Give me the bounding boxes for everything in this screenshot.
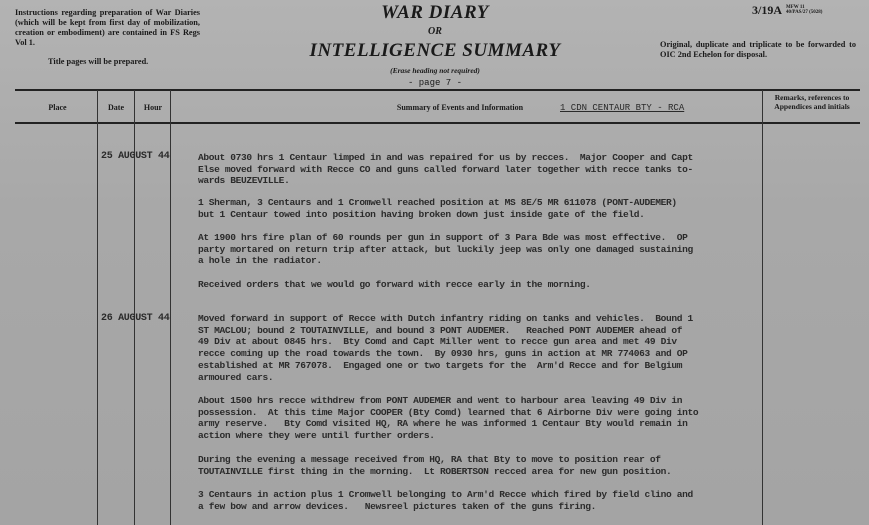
form-number: 3/19A [752,3,782,18]
entry-paragraph: 1 Sherman, 3 Centaurs and 1 Cromwell rea… [198,197,758,220]
disposal-note: Original, duplicate and triplicate to be… [660,40,856,60]
form-reference: MFW 11 40/PAS/27 (5028) [786,5,822,15]
column-header-date: Date [98,103,134,112]
column-header-remarks: Remarks, references to Appendices and in… [765,93,859,111]
column-header-place: Place [20,103,95,112]
title-war-diary: WAR DIARY [300,2,570,24]
table-top-rule [15,89,860,91]
erase-heading-note: (Erase heading not required) [300,66,570,75]
entry-paragraph: About 0730 hrs 1 Centaur limped in and w… [198,152,758,187]
entry-date: 26 AUGUST 44 [101,313,169,324]
column-divider-summary [170,90,171,525]
unit-name: 1 CDN CENTAUR BTY - RCA [560,103,684,113]
entry-paragraph: At 1900 hrs fire plan of 60 rounds per g… [198,232,758,267]
column-header-summary: Summary of Events and Information [370,103,550,112]
instructions-note: Instructions regarding preparation of Wa… [15,8,200,48]
war-diary-page: Instructions regarding preparation of Wa… [0,0,869,525]
title-intelligence-summary: INTELLIGENCE SUMMARY [300,40,570,62]
entry-paragraph: 3 Centaurs in action plus 1 Cromwell bel… [198,489,758,512]
column-header-hour: Hour [136,103,170,112]
entry-paragraph: About 1500 hrs recce withdrew from PONT … [198,395,758,442]
header-bottom-rule [15,122,860,124]
entry-paragraph: Moved forward in support of Recce with D… [198,313,758,383]
form-reference-line-2: 40/PAS/27 (5028) [786,10,822,15]
column-divider-remarks [762,90,763,525]
page-number: - page 7 - [300,78,570,88]
entry-date: 25 AUGUST 44 [101,151,169,162]
column-divider-date [97,90,98,525]
entry-paragraph: During the evening a message received fr… [198,454,758,477]
title-or: OR [300,26,570,37]
title-pages-note: Title pages will be prepared. [48,57,148,66]
entry-paragraph: Received orders that we would go forward… [198,279,758,291]
